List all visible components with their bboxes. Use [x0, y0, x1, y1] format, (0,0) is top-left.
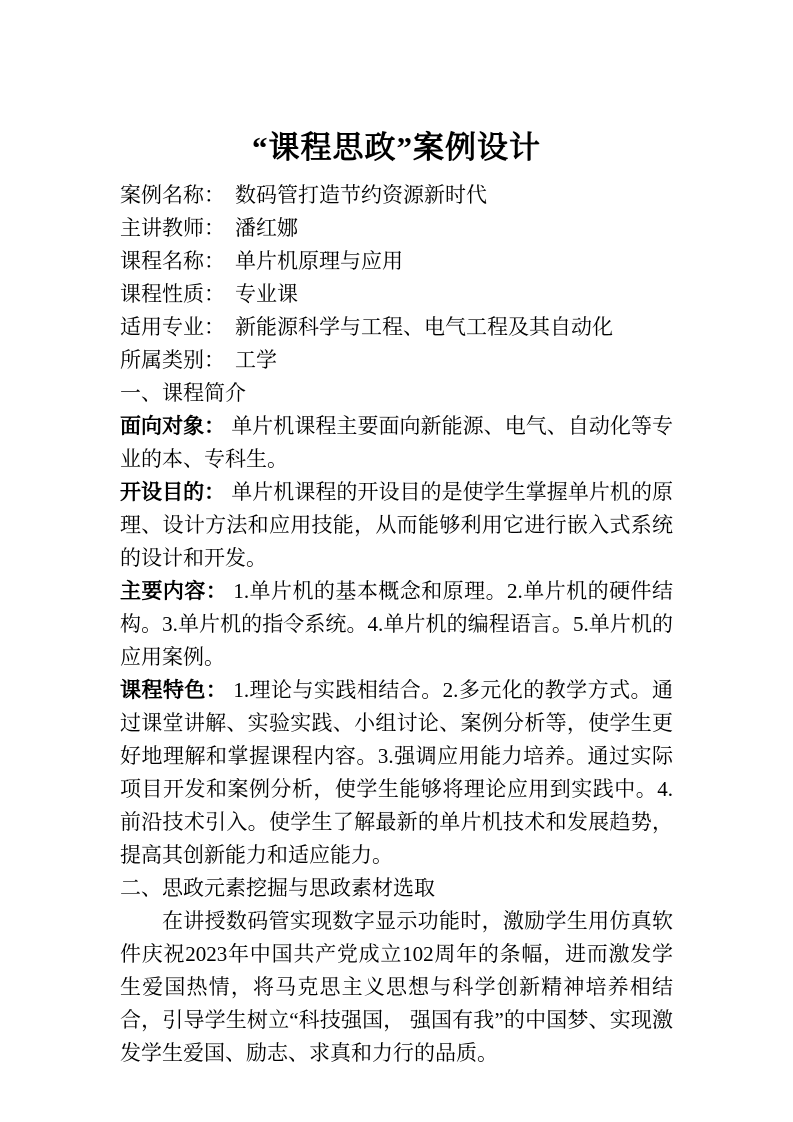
para-features-label: 课程特色：: [120, 678, 227, 702]
meta-category-text: 工学: [235, 348, 277, 372]
meta-course-type: 课程性质：专业课: [120, 278, 673, 311]
para-purpose-label: 开设目的：: [120, 480, 225, 504]
meta-course-name-label: 课程名称：: [120, 249, 225, 273]
para-content: 主要内容：1.单片机的基本概念和原理。2.单片机的硬件结构。3.单片机的指令系统…: [120, 575, 673, 674]
meta-category-label: 所属类别：: [120, 348, 225, 372]
document-page: “课程思政”案例设计 案例名称：数码管打造节约资源新时代主讲教师：潘红娜课程名称…: [0, 0, 793, 1122]
section-1-heading: 一、课程简介: [120, 377, 673, 410]
document-title: “课程思政”案例设计: [0, 0, 793, 170]
meta-course-name: 课程名称：单片机原理与应用: [120, 245, 673, 278]
meta-lecturer-text: 潘红娜: [235, 216, 298, 240]
meta-lecturer: 主讲教师：潘红娜: [120, 212, 673, 245]
meta-course-type-text: 专业课: [235, 282, 298, 306]
meta-case-name-label: 案例名称：: [120, 183, 225, 207]
document-body: 案例名称：数码管打造节约资源新时代主讲教师：潘红娜课程名称：单片机原理与应用课程…: [120, 179, 673, 1070]
meta-majors-label: 适用专业：: [120, 315, 225, 339]
meta-majors: 适用专业：新能源科学与工程、电气工程及其自动化: [120, 311, 673, 344]
meta-case-name-text: 数码管打造节约资源新时代: [235, 183, 487, 207]
section-2-heading: 二、思政元素挖掘与思政素材选取: [120, 872, 673, 905]
para-audience-label: 面向对象：: [120, 414, 225, 438]
meta-course-name-text: 单片机原理与应用: [235, 249, 403, 273]
meta-case-name: 案例名称：数码管打造节约资源新时代: [120, 179, 673, 212]
para-content-label: 主要内容：: [120, 579, 227, 603]
para-ideology-material: 在讲授数码管实现数字显示功能时，激励学生用仿真软件庆祝2023年中国共产党成立1…: [120, 905, 673, 1070]
meta-category: 所属类别：工学: [120, 344, 673, 377]
section-1-heading-text: 一、课程简介: [120, 381, 246, 405]
para-ideology-material-text: 在讲授数码管实现数字显示功能时，激励学生用仿真软件庆祝2023年中国共产党成立1…: [120, 909, 673, 1065]
para-purpose: 开设目的：单片机课程的开设目的是使学生掌握单片机的原理、设计方法和应用技能，从而…: [120, 476, 673, 575]
meta-course-type-label: 课程性质：: [120, 282, 225, 306]
section-2-heading-text: 二、思政元素挖掘与思政素材选取: [120, 876, 435, 900]
para-features: 课程特色：1.理论与实践相结合。2.多元化的教学方式。通过课堂讲解、实验实践、小…: [120, 674, 673, 872]
para-audience: 面向对象：单片机课程主要面向新能源、电气、自动化等专业的本、专科生。: [120, 410, 673, 476]
meta-majors-text: 新能源科学与工程、电气工程及其自动化: [235, 315, 613, 339]
para-features-text: 1.理论与实践相结合。2.多元化的教学方式。通过课堂讲解、实验实践、小组讨论、案…: [120, 678, 673, 867]
meta-lecturer-label: 主讲教师：: [120, 216, 225, 240]
